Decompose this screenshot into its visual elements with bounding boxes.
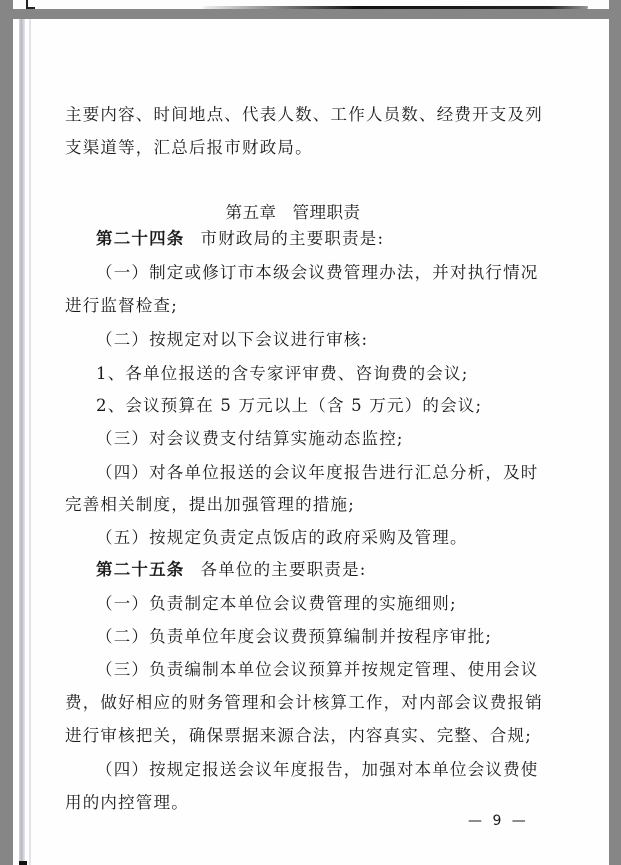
article-item: （四）对各单位报送的会议年度报告进行汇总分析，及时 xyxy=(96,459,539,483)
article-25: 第二十五条各单位的主要职责是: xyxy=(96,556,367,580)
page-content: 主要内容、时间地点、代表人数、工作人员数、经费开支及列 支渠道等，汇总后报市财政… xyxy=(13,19,609,865)
article-item: （一）负责制定本单位会议费管理的实施细则; xyxy=(96,590,457,614)
article-item: 用的内控管理。 xyxy=(65,789,189,813)
article-item: （三）负责编制本单位会议预算并按规定管理、使用会议 xyxy=(96,656,539,680)
article-item: （二）按规定对以下会议进行审核: xyxy=(96,326,368,350)
chapter-number: 第五章 xyxy=(226,203,277,222)
article-item: 费，做好相应的财务管理和会计核算工作，对内部会议费报销 xyxy=(65,689,543,713)
chapter-heading: 第五章管理职责 xyxy=(13,199,573,223)
chapter-title: 管理职责 xyxy=(293,203,361,222)
article-item: （五）按规定负责定点饭店的政府采购及管理。 xyxy=(96,524,468,548)
article-item: 2、会议预算在 5 万元以上（含 5 万元）的会议; xyxy=(96,392,482,416)
paragraph-line: 主要内容、时间地点、代表人数、工作人员数、经费开支及列 xyxy=(65,101,543,125)
page-number: — 9 — xyxy=(468,813,529,829)
article-item: 进行监督检查; xyxy=(65,292,178,316)
article-item: 1、各单位报送的含专家评审费、咨询费的会议; xyxy=(96,360,468,384)
previous-page-edge xyxy=(13,0,609,9)
article-item: （一）制定或修订市本级会议费管理办法，并对执行情况 xyxy=(96,259,539,283)
document-page: 主要内容、时间地点、代表人数、工作人员数、经费开支及列 支渠道等，汇总后报市财政… xyxy=(13,19,609,865)
article-item: （三）对会议费支付结算实施动态监控; xyxy=(96,425,404,449)
article-item: （四）按规定报送会议年度报告，加强对本单位会议费使 xyxy=(96,756,539,780)
article-intro: 各单位的主要职责是: xyxy=(201,560,367,579)
article-item: 进行审核把关，确保票据来源合法，内容真实、完整、合规; xyxy=(65,722,532,746)
article-intro: 市财政局的主要职责是: xyxy=(201,229,385,248)
article-item: （二）负责单位年度会议费预算编制并按程序审批; xyxy=(96,623,492,647)
page-corner-mark xyxy=(26,7,35,9)
article-item: 完善相关制度，提出加强管理的措施; xyxy=(65,491,355,515)
article-heading: 第二十五条 xyxy=(96,560,185,579)
scan-shadow xyxy=(203,6,588,9)
paragraph-line: 支渠道等，汇总后报市财政局。 xyxy=(65,134,313,158)
article-24: 第二十四条市财政局的主要职责是: xyxy=(96,225,384,249)
article-heading: 第二十四条 xyxy=(96,229,185,248)
